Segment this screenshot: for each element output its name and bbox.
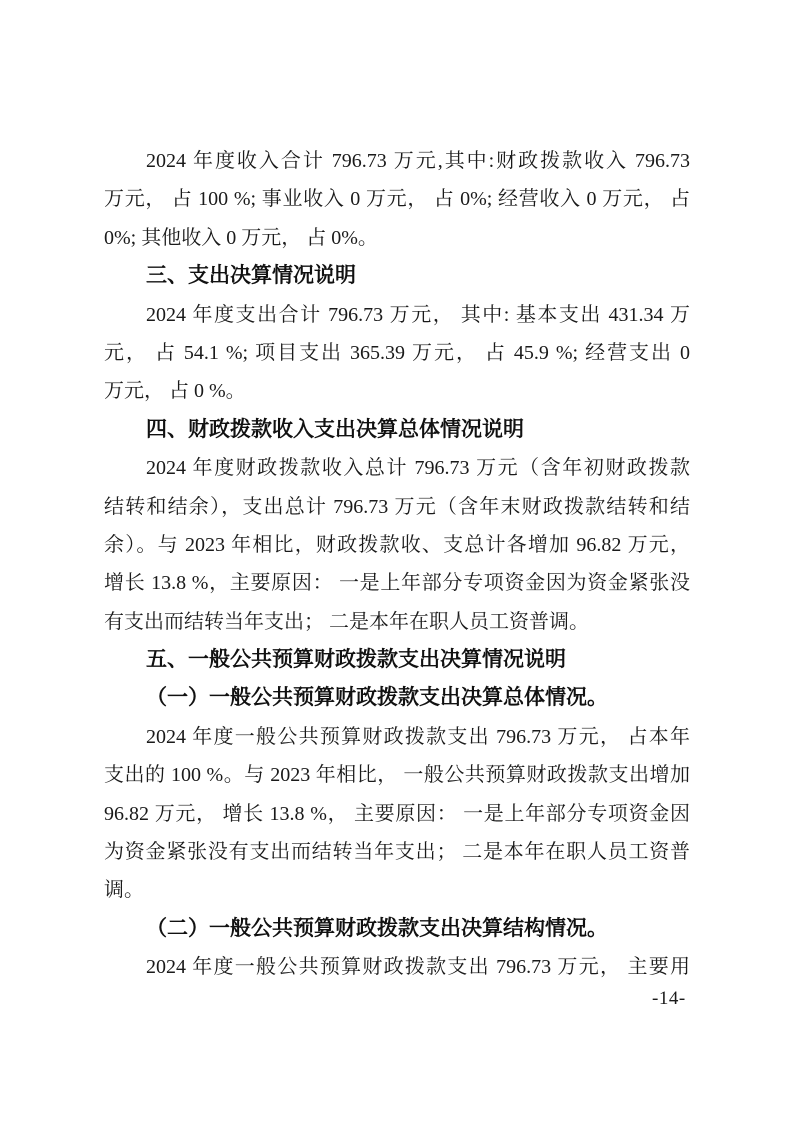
paragraph-line: 结转和结余），支出总计 796.73 万元（含年末财政拨款结转和结	[104, 488, 690, 526]
paragraph-line: 为资金紧张没有支出而结转当年支出； 二是本年在职人员工资普	[104, 833, 690, 871]
paragraph-line: 2024 年度一般公共预算财政拨款支出 796.73 万元， 主要用	[104, 948, 690, 986]
paragraph-line: 2024 年度一般公共预算财政拨款支出 796.73 万元， 占本年	[104, 718, 690, 756]
paragraph-line: 调。	[104, 871, 690, 909]
paragraph-line: 元， 占 54.1 %; 项目支出 365.39 万元， 占 45.9 %; 经…	[104, 334, 690, 372]
paragraph-line: 余）。与 2023 年相比，财政拨款收、支总计各增加 96.82 万元，	[104, 526, 690, 564]
paragraph-line: 0%; 其他收入 0 万元， 占 0%。	[104, 219, 690, 257]
paragraph-line: 2024 年度收入合计 796.73 万元,其中:财政拨款收入 796.73	[104, 142, 690, 180]
section-heading-fiscal-appropriation: 四、财政拨款收入支出决算总体情况说明	[104, 411, 690, 449]
document-body: 2024 年度收入合计 796.73 万元,其中:财政拨款收入 796.73 万…	[104, 142, 690, 987]
paragraph-line: 增长 13.8 %，主要原因： 一是上年部分专项资金因为资金紧张没	[104, 564, 690, 602]
paragraph-line: 支出的 100 %。与 2023 年相比， 一般公共预算财政拨款支出增加	[104, 756, 690, 794]
section-heading-general-public-budget: 五、一般公共预算财政拨款支出决算情况说明	[104, 641, 690, 679]
paragraph-line: 有支出而结转当年支出； 二是本年在职人员工资普调。	[104, 603, 690, 641]
page-number: -14-	[652, 986, 686, 1012]
document-page: 2024 年度收入合计 796.73 万元,其中:财政拨款收入 796.73 万…	[0, 0, 793, 1122]
subsection-heading-overall-situation: （一）一般公共预算财政拨款支出决算总体情况。	[104, 679, 690, 717]
paragraph-line: 2024 年度财政拨款收入总计 796.73 万元（含年初财政拨款	[104, 449, 690, 487]
section-heading-expenditure: 三、支出决算情况说明	[104, 257, 690, 295]
subsection-heading-structure-situation: （二）一般公共预算财政拨款支出决算结构情况。	[104, 910, 690, 948]
paragraph-line: 2024 年度支出合计 796.73 万元， 其中: 基本支出 431.34 万	[104, 296, 690, 334]
paragraph-line: 万元， 占 100 %; 事业收入 0 万元， 占 0%; 经营收入 0 万元，…	[104, 180, 690, 218]
paragraph-line: 96.82 万元， 增长 13.8 %， 主要原因： 一是上年部分专项资金因	[104, 795, 690, 833]
paragraph-line: 万元， 占 0 %。	[104, 372, 690, 410]
